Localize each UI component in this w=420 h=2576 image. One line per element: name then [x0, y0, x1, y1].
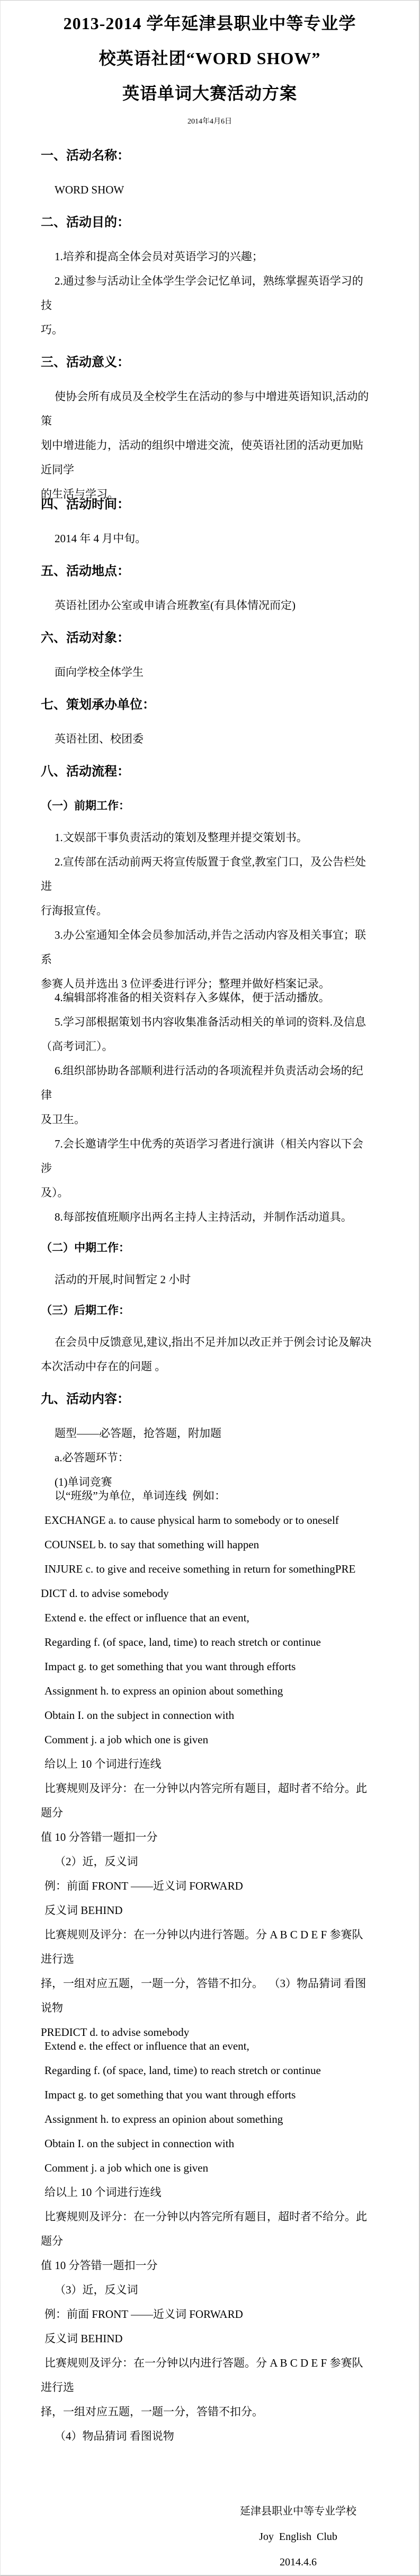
doc-line: 英语社团、校团委	[41, 727, 373, 751]
doc-line: 八、活动流程：	[41, 760, 373, 784]
doc-line: 5.学习部根据策划书内容收集准备活动相关的单词的资料.及信息	[41, 1010, 373, 1034]
doc-line: 值 10 分答错一题扣一分	[41, 2253, 373, 2278]
doc-line: DICT d. to advise somebody	[41, 1581, 373, 1605]
doc-line: 七、策划承办单位：	[41, 693, 373, 717]
doc-line: 值 10 分答错一题扣一分	[41, 1825, 373, 1849]
doc-line: 2.宣传部在活动前两天将宣传版置于食堂,教室门口，及公告栏处进	[41, 850, 373, 898]
doc-line: Assignment h. to express an opinion abou…	[41, 1679, 373, 1703]
doc-line: Obtain I. on the subject in connection w…	[41, 1703, 373, 1727]
doc-line: 四、活动时间：	[41, 492, 373, 517]
doc-line: Obtain I. on the subject in connection w…	[41, 2131, 373, 2156]
doc-line: 及卫生。	[41, 1107, 373, 1132]
doc-line: INJURE c. to give and receive something …	[41, 1557, 373, 1581]
document-date: 2014年4月6日	[1, 111, 419, 133]
doc-line: 及）。	[41, 1180, 373, 1205]
document-body: 一、活动名称：WORD SHOW二、活动目的：1.培养和提高全体会员对英语学习的…	[1, 133, 419, 2448]
doc-line: COUNSEL b. to say that something will ha…	[41, 1532, 373, 1557]
doc-line: 五、活动地点：	[41, 559, 373, 584]
doc-line: Regarding f. (of space, land, time) to r…	[41, 1630, 373, 1654]
document-header: 2013-2014 学年延津县职业中等专业学 校英语社团“WORD SHOW” …	[1, 1, 419, 133]
doc-line: 比赛规则及评分：在一分钟以内答完所有题目，超时者不给分。此题分	[41, 1776, 373, 1825]
document-title-line-1: 2013-2014 学年延津县职业中等专业学	[1, 6, 419, 41]
doc-line: EXCHANGE a. to cause physical harm to so…	[41, 1508, 373, 1532]
doc-line: 反义词 BEHIND	[41, 2326, 373, 2351]
doc-line: 三、活动意义：	[41, 350, 373, 375]
doc-line: 7.会长邀请学生中优秀的英语学习者进行演讲（相关内容以下会涉	[41, 1132, 373, 1180]
doc-line: Extend e. the effect or influence that a…	[41, 2034, 373, 2058]
doc-line: 活动的开展,时间暂定 2 小时	[41, 1267, 373, 1292]
doc-line: 巧。	[41, 317, 373, 342]
signature-club: Joy English Club	[240, 2524, 356, 2549]
doc-line: 九、活动内容：	[41, 1387, 373, 1411]
doc-line: 面向学校全体学生	[41, 660, 373, 684]
doc-line: 择，一组对应五题，一题一分，答错不扣分。 （3）物品猜词 看图说物	[41, 1971, 373, 2020]
doc-line: Extend e. the effect or influence that a…	[41, 1605, 373, 1630]
doc-line: 例：前面 FRONT ——近义词 FORWARD	[41, 2302, 373, 2326]
doc-line: 6.组织部协助各部顺利进行活动的各项流程并负责活动会场的纪律	[41, 1058, 373, 1107]
doc-line: 使协会所有成员及全校学生在活动的参与中增进英语知识,活动的策	[41, 384, 373, 433]
doc-line: 3.办公室通知全体会员参加活动,并告之活动内容及相关事宜；联系	[41, 923, 373, 972]
doc-line: Assignment h. to express an opinion abou…	[41, 2107, 373, 2131]
doc-line: Impact g. to get something that you want…	[41, 1654, 373, 1679]
doc-line: 一、活动名称：	[41, 144, 373, 168]
doc-line: 反义词 BEHIND	[41, 1898, 373, 1922]
doc-line: 给以上 10 个词进行连线	[41, 1752, 373, 1776]
doc-line: 1.文娱部干事负责活动的策划及整理并提交策划书。	[41, 825, 373, 850]
signature-school: 延津县职业中等专业学校	[240, 2499, 356, 2524]
doc-line: 4.编辑部将准备的相关资料存入多媒体，便于活动播放。	[41, 985, 373, 1010]
doc-line: 择，一组对应五题，一题一分，答错不扣分。	[41, 2399, 373, 2424]
signature-date: 2014.4.6	[240, 2549, 356, 2575]
doc-line: （二）中期工作：	[41, 1236, 373, 1260]
doc-line: Impact g. to get something that you want…	[41, 2083, 373, 2107]
doc-line: Comment j. a job which one is given	[41, 1727, 373, 1752]
doc-line: WORD SHOW	[41, 178, 373, 202]
document-page: 2013-2014 学年延津县职业中等专业学 校英语社团“WORD SHOW” …	[0, 0, 420, 2576]
doc-line: 题型——必答题，抢答题，附加题	[41, 1421, 373, 1445]
doc-line: （2）近，反义词	[41, 1849, 373, 1874]
doc-line: 二、活动目的：	[41, 210, 373, 235]
doc-line: （高考词汇）。	[41, 1034, 373, 1058]
doc-line: 2014 年 4 月中旬。	[41, 526, 373, 551]
doc-line: 给以上 10 个词进行连线	[41, 2180, 373, 2204]
doc-line: 划中增进能力，活动的组织中增进交流，使英语社团的活动更加贴近同学	[41, 433, 373, 482]
doc-line: 比赛规则及评分：在一分钟以内进行答题。分 A B C D E F 参赛队进行选	[41, 2351, 373, 2399]
doc-line: （3）近，反义词	[41, 2278, 373, 2302]
doc-line: （一）前期工作：	[41, 793, 373, 818]
doc-line: Comment j. a job which one is given	[41, 2156, 373, 2180]
doc-line: 在会员中反馈意见,建议,指出不足并加以改正并于例会讨论及解决	[41, 1330, 373, 1354]
document-title-line-3: 英语单词大赛活动方案	[1, 76, 419, 111]
doc-line: 1.培养和提高全体会员对英语学习的兴趣；	[41, 244, 373, 269]
document-title-line-2: 校英语社团“WORD SHOW”	[1, 41, 419, 76]
doc-line: 行海报宣传。	[41, 898, 373, 923]
doc-line: 比赛规则及评分：在一分钟以内进行答题。分 A B C D E F 参赛队进行选	[41, 1922, 373, 1971]
doc-line: a.必答题环节：	[41, 1445, 373, 1470]
doc-line: 以“班级”为单位，单词连线 例如：	[41, 1484, 373, 1508]
signature-block: 延津县职业中等专业学校 Joy English Club 2014.4.6	[240, 2499, 356, 2575]
doc-line: 英语社团办公室或申请合班教室(有具体情况而定)	[41, 593, 373, 617]
doc-line: 本次活动中存在的问题 。	[41, 1354, 373, 1379]
doc-line: 2.通过参与活动让全体学生学会记忆单词，熟练掌握英语学习的技	[41, 269, 373, 317]
doc-line: （三）后期工作：	[41, 1298, 373, 1322]
doc-line: （4）物品猜词 看图说物	[41, 2424, 373, 2448]
doc-line: 比赛规则及评分：在一分钟以内答完所有题目，超时者不给分。此题分	[41, 2204, 373, 2253]
doc-line: 8.每部按值班顺序出两名主持人主持活动，并制作活动道具。	[41, 1205, 373, 1229]
doc-line: 六、活动对象：	[41, 626, 373, 650]
doc-line: Regarding f. (of space, land, time) to r…	[41, 2058, 373, 2083]
doc-line: 例：前面 FRONT ——近义词 FORWARD	[41, 1874, 373, 1898]
